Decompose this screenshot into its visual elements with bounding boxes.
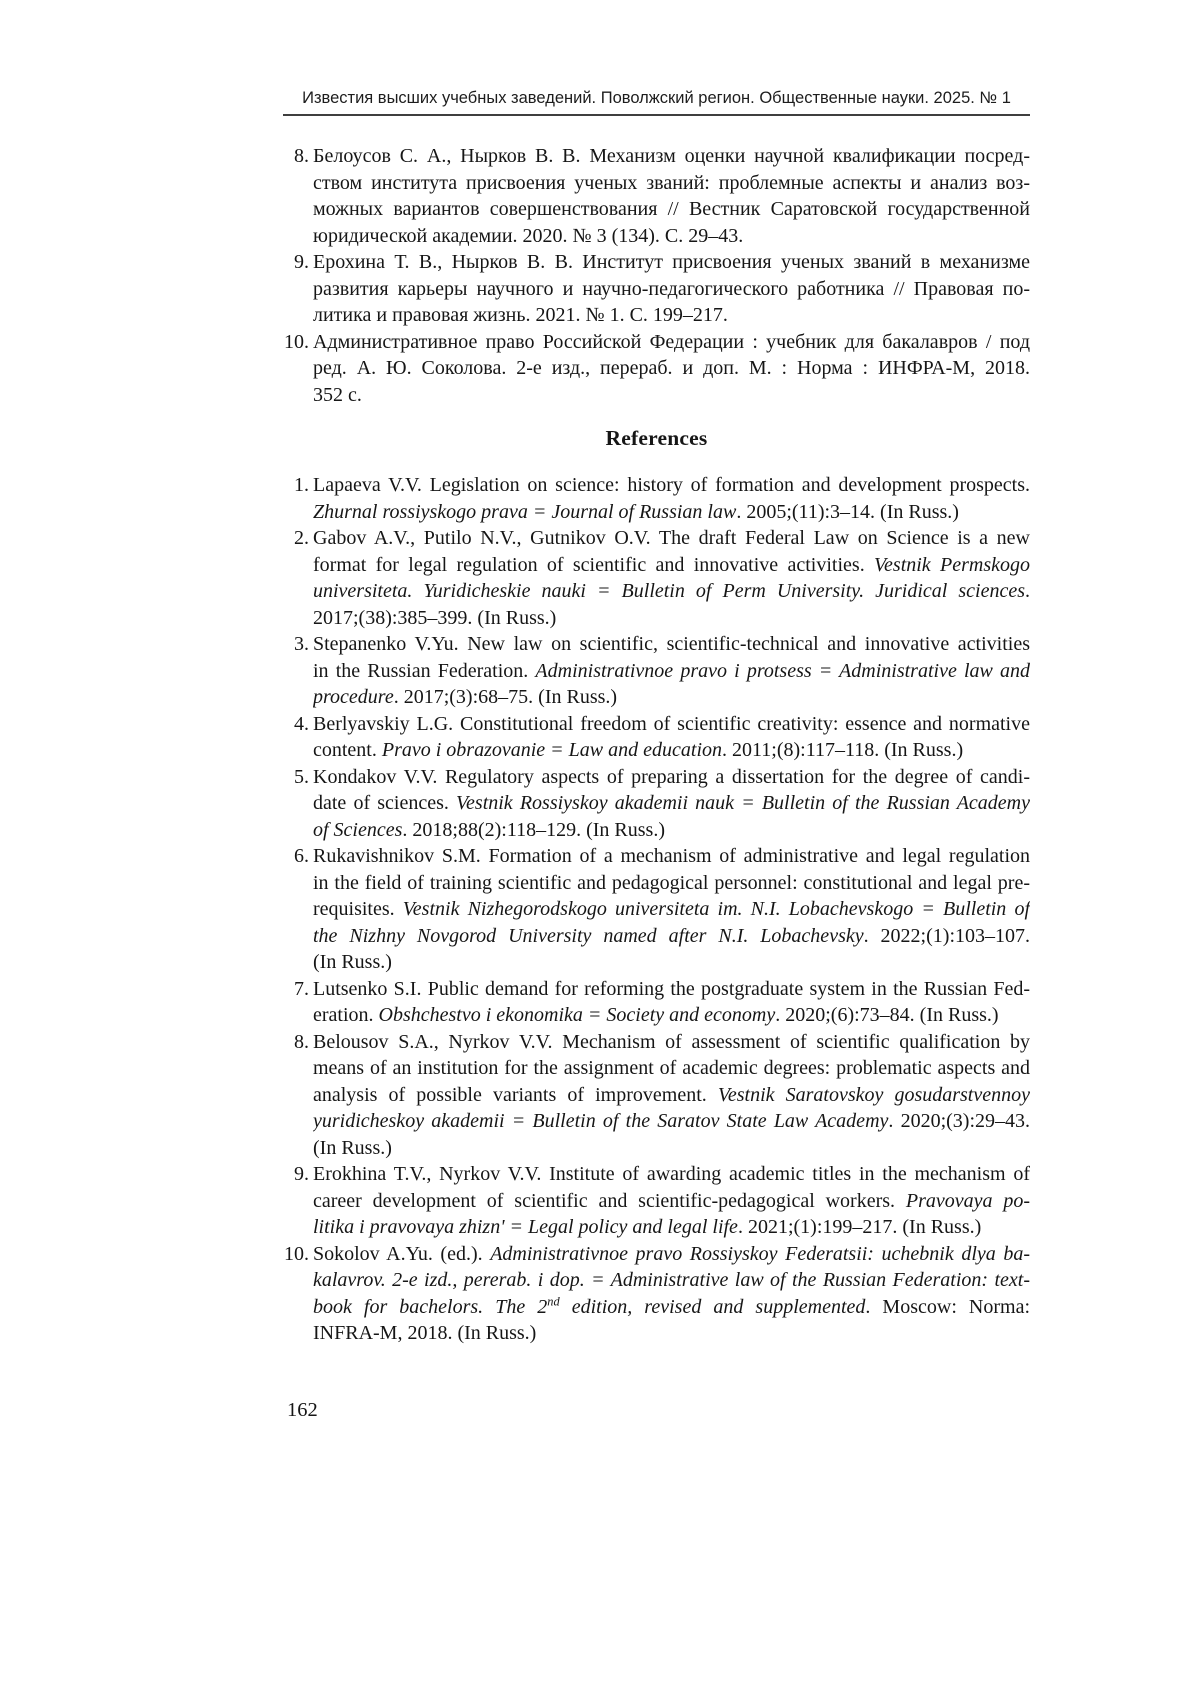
italic-text: yuridicheskoy akademii = Bulletin of the… <box>313 1110 888 1132</box>
reference-number: 3. <box>283 631 309 658</box>
reference-line: ред. А. Ю. Соколова. 2-е изд., перераб. … <box>313 355 1030 382</box>
superscript-text: nd <box>547 1294 559 1308</box>
reference-line: литика и правовая жизнь. 2021. № 1. С. 1… <box>313 302 1030 329</box>
italic-text: litika i pravovaya zhizn' = Legal policy… <box>313 1216 738 1238</box>
plain-text: Kondakov V.V. Regulatory aspects of prep… <box>313 766 1030 788</box>
reference-number: 7. <box>283 976 309 1003</box>
reference-line: career development of scientific and sci… <box>313 1188 1030 1215</box>
plain-text: юридической академии. 2020. № 3 (134). С… <box>313 225 743 247</box>
plain-text: (In Russ.) <box>313 951 392 973</box>
reference-item: 3.Stepanenko V.Yu. New law on scientific… <box>283 631 1030 711</box>
plain-text: date of sciences. <box>313 792 456 814</box>
plain-text: развития карьеры научного и научно-педаг… <box>313 278 1030 300</box>
reference-line: юридической академии. 2020. № 3 (134). С… <box>313 223 1030 250</box>
italic-text: Vestnik Permskogo <box>874 554 1030 576</box>
italic-text: book for bachelors. The 2 <box>313 1296 547 1318</box>
plain-text: format for legal regulation of scientifi… <box>313 554 874 576</box>
italic-text: universiteta. Yuridicheskie nauki = Bull… <box>313 580 1025 602</box>
reference-number: 4. <box>283 711 309 738</box>
reference-number: 10. <box>283 329 309 356</box>
italic-text: edition, revised and supplemented <box>560 1296 866 1318</box>
reference-line: date of sciences. Vestnik Rossiyskoy aka… <box>313 790 1030 817</box>
reference-item: 2.Gabov A.V., Putilo N.V., Gutnikov O.V.… <box>283 525 1030 631</box>
reference-item: 5.Kondakov V.V. Regulatory aspects of pr… <box>283 764 1030 844</box>
reference-line: (In Russ.) <box>313 1135 1030 1162</box>
reference-line: Rukavishnikov S.M. Formation of a mechan… <box>313 843 1030 870</box>
plain-text: можных вариантов совершенствования // Ве… <box>313 198 1030 220</box>
plain-text: in the field of training scientific and … <box>313 872 1030 894</box>
reference-line: in the Russian Federation. Administrativ… <box>313 658 1030 685</box>
reference-line: Ерохина Т. В., Нырков В. В. Институт при… <box>313 249 1030 276</box>
italic-text: Vestnik Nizhegorodskogo universiteta im.… <box>403 898 1030 920</box>
reference-line: Lapaeva V.V. Legislation on science: his… <box>313 472 1030 499</box>
plain-text: 2017;(38):385–399. (In Russ.) <box>313 607 556 629</box>
reference-number: 2. <box>283 525 309 552</box>
plain-text: Erokhina T.V., Nyrkov V.V. Institute of … <box>313 1163 1030 1185</box>
plain-text: . <box>1025 580 1030 602</box>
reference-item: 9.Erokhina T.V., Nyrkov V.V. Institute o… <box>283 1161 1030 1241</box>
reference-line: 352 с. <box>313 382 1030 409</box>
italic-text: of Sciences <box>313 819 402 841</box>
running-head-text: Известия высших учебных заведений. Повол… <box>283 89 1030 108</box>
reference-item: 6.Rukavishnikov S.M. Formation of a mech… <box>283 843 1030 976</box>
plain-text: eration. <box>313 1004 379 1026</box>
reference-line: ством института присвоения ученых званий… <box>313 170 1030 197</box>
reference-line: Gabov A.V., Putilo N.V., Gutnikov O.V. T… <box>313 525 1030 552</box>
reference-line: book for bachelors. The 2nd edition, rev… <box>313 1294 1030 1321</box>
reference-line: можных вариантов совершенствования // Ве… <box>313 196 1030 223</box>
reference-number: 8. <box>283 143 309 170</box>
italic-text: the Nizhny Novgorod University named aft… <box>313 925 864 947</box>
plain-text: 352 с. <box>313 384 362 406</box>
plain-text: . 2022;(1):103–107. <box>864 925 1030 947</box>
reference-line: Kondakov V.V. Regulatory aspects of prep… <box>313 764 1030 791</box>
plain-text: . 2005;(11):3–14. (In Russ.) <box>736 501 959 523</box>
plain-text: content. <box>313 739 382 761</box>
plain-text: Berlyavskiy L.G. Constitutional freedom … <box>313 713 1030 735</box>
plain-text: career development of scientific and sci… <box>313 1190 906 1212</box>
page-number: 162 <box>287 1398 318 1422</box>
italic-text: procedure <box>313 686 394 708</box>
reference-line: Sokolov A.Yu. (ed.). Administrativnoe pr… <box>313 1241 1030 1268</box>
reference-line: Zhurnal rossiyskogo prava = Journal of R… <box>313 499 1030 526</box>
reference-line: Belousov S.A., Nyrkov V.V. Mechanism of … <box>313 1029 1030 1056</box>
plain-text: . 2018;88(2):118–129. (In Russ.) <box>402 819 665 841</box>
reference-line: content. Pravo i obrazovanie = Law and e… <box>313 737 1030 764</box>
reference-line: (In Russ.) <box>313 949 1030 976</box>
plain-text: литика и правовая жизнь. 2021. № 1. С. 1… <box>313 304 728 326</box>
plain-text: Белоусов С. А., Нырков В. В. Механизм оц… <box>313 145 1030 167</box>
plain-text: means of an institution for the assignme… <box>313 1057 1030 1079</box>
reference-line: litika i pravovaya zhizn' = Legal policy… <box>313 1214 1030 1241</box>
reference-line: analysis of possible variants of improve… <box>313 1082 1030 1109</box>
plain-text: Stepanenko V.Yu. New law on scientific, … <box>313 633 1030 655</box>
plain-text: . 2020;(3):29–43. <box>888 1110 1030 1132</box>
plain-text: Lapaeva V.V. Legislation on science: his… <box>313 474 1030 496</box>
italic-text: Obshchestvo i ekonomika = Society and ec… <box>379 1004 776 1026</box>
reference-line: means of an institution for the assignme… <box>313 1055 1030 1082</box>
plain-text: . 2011;(8):117–118. (In Russ.) <box>722 739 963 761</box>
plain-text: (In Russ.) <box>313 1137 392 1159</box>
plain-text: Belousov S.A., Nyrkov V.V. Mechanism of … <box>313 1031 1030 1053</box>
italic-text: Pravo i obrazovanie = Law and education <box>382 739 722 761</box>
plain-text: requisites. <box>313 898 403 920</box>
plain-text: . 2021;(1):199–217. (In Russ.) <box>738 1216 981 1238</box>
reference-item: 4.Berlyavskiy L.G. Constitutional freedo… <box>283 711 1030 764</box>
reference-number: 1. <box>283 472 309 499</box>
reference-item: 8.Белоусов С. А., Нырков В. В. Механизм … <box>283 143 1030 249</box>
reference-line: Berlyavskiy L.G. Constitutional freedom … <box>313 711 1030 738</box>
italic-text: Vestnik Rossiyskoy akademii nauk = Bulle… <box>456 792 1030 814</box>
reference-line: of Sciences. 2018;88(2):118–129. (In Rus… <box>313 817 1030 844</box>
reference-line: format for legal regulation of scientifi… <box>313 552 1030 579</box>
reference-line: yuridicheskoy akademii = Bulletin of the… <box>313 1108 1030 1135</box>
reference-item: 10.Административное право Российской Фед… <box>283 329 1030 409</box>
plain-text: ред. А. Ю. Соколова. 2-е изд., перераб. … <box>313 357 1030 379</box>
plain-text: Rukavishnikov S.M. Formation of a mechan… <box>313 845 1030 867</box>
reference-line: Административное право Российской Федера… <box>313 329 1030 356</box>
reference-line: 2017;(38):385–399. (In Russ.) <box>313 605 1030 632</box>
reference-number: 9. <box>283 1161 309 1188</box>
reference-number: 9. <box>283 249 309 276</box>
plain-text: . 2017;(3):68–75. (In Russ.) <box>394 686 617 708</box>
running-head: Известия высших учебных заведений. Повол… <box>283 89 1030 116</box>
reference-line: Белоусов С. А., Нырков В. В. Механизм оц… <box>313 143 1030 170</box>
plain-text: . 2020;(6):73–84. (In Russ.) <box>775 1004 998 1026</box>
plain-text: Gabov A.V., Putilo N.V., Gutnikov O.V. T… <box>313 527 1030 549</box>
italic-text: Zhurnal rossiyskogo prava = Journal of R… <box>313 501 736 523</box>
plain-text: INFRA-M, 2018. (In Russ.) <box>313 1322 536 1344</box>
plain-text: Sokolov A.Yu. (ed.). <box>313 1243 490 1265</box>
reference-item: 8.Belousov S.A., Nyrkov V.V. Mechanism o… <box>283 1029 1030 1162</box>
reference-line: kalavrov. 2-e izd., pererab. i dop. = Ad… <box>313 1267 1030 1294</box>
english-references-list: 1.Lapaeva V.V. Legislation on science: h… <box>283 472 1030 1347</box>
reference-line: Lutsenko S.I. Public demand for reformin… <box>313 976 1030 1003</box>
reference-line: in the field of training scientific and … <box>313 870 1030 897</box>
italic-text: Vestnik Saratovskoy gosudarstvennoy <box>718 1084 1030 1106</box>
reference-number: 5. <box>283 764 309 791</box>
reference-line: universiteta. Yuridicheskie nauki = Bull… <box>313 578 1030 605</box>
plain-text: Lutsenko S.I. Public demand for reformin… <box>313 978 1030 1000</box>
plain-text: analysis of possible variants of improve… <box>313 1084 718 1106</box>
reference-line: eration. Obshchestvo i ekonomika = Socie… <box>313 1002 1030 1029</box>
plain-text: ством института присвоения ученых званий… <box>313 172 1030 194</box>
reference-line: requisites. Vestnik Nizhegorodskogo univ… <box>313 896 1030 923</box>
reference-item: 10.Sokolov A.Yu. (ed.). Administrativnoe… <box>283 1241 1030 1347</box>
page-content: Известия высших учебных заведений. Повол… <box>283 0 1030 1347</box>
plain-text: . Moscow: Norma: <box>865 1296 1030 1318</box>
journal-page: Известия высших учебных заведений. Повол… <box>0 0 1200 1697</box>
plain-text: Ерохина Т. В., Нырков В. В. Институт при… <box>313 251 1030 273</box>
reference-number: 8. <box>283 1029 309 1056</box>
reference-item: 9.Ерохина Т. В., Нырков В. В. Институт п… <box>283 249 1030 329</box>
reference-number: 6. <box>283 843 309 870</box>
reference-line: развития карьеры научного и научно-педаг… <box>313 276 1030 303</box>
reference-item: 1.Lapaeva V.V. Legislation on science: h… <box>283 472 1030 525</box>
references-heading: References <box>283 424 1030 452</box>
reference-line: INFRA-M, 2018. (In Russ.) <box>313 1320 1030 1347</box>
reference-line: Erokhina T.V., Nyrkov V.V. Institute of … <box>313 1161 1030 1188</box>
reference-line: procedure. 2017;(3):68–75. (In Russ.) <box>313 684 1030 711</box>
russian-references-list: 8.Белоусов С. А., Нырков В. В. Механизм … <box>283 143 1030 408</box>
reference-line: Stepanenko V.Yu. New law on scientific, … <box>313 631 1030 658</box>
reference-line: the Nizhny Novgorod University named aft… <box>313 923 1030 950</box>
plain-text: Административное право Российской Федера… <box>313 331 1030 353</box>
reference-item: 7.Lutsenko S.I. Public demand for reform… <box>283 976 1030 1029</box>
italic-text: Pravovaya po- <box>906 1190 1030 1212</box>
italic-text: Administrativnoe pravo i protsess = Admi… <box>535 660 1030 682</box>
reference-number: 10. <box>283 1241 309 1268</box>
plain-text: in the Russian Federation. <box>313 660 535 682</box>
italic-text: kalavrov. 2-e izd., pererab. i dop. = Ad… <box>313 1269 1030 1291</box>
italic-text: Administrativnoe pravo Rossiyskoy Federa… <box>490 1243 1030 1265</box>
